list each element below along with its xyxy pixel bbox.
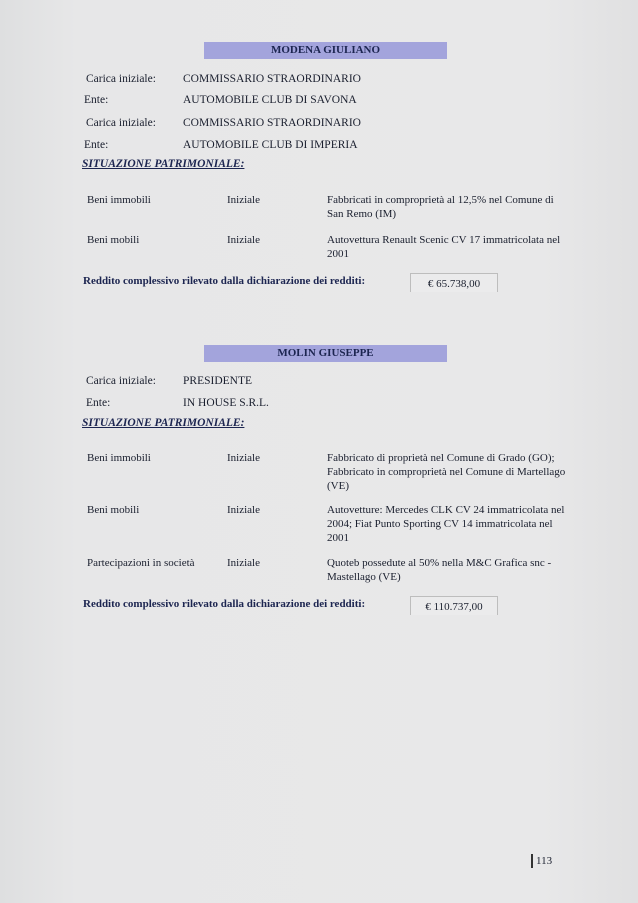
person-name-header: MOLIN GIUSEPPE	[204, 345, 447, 362]
asset-status: Iniziale	[227, 451, 260, 465]
person-name-header: MODENA GIULIANO	[204, 42, 447, 59]
role-value: COMMISSARIO STRAORDINARIO	[183, 72, 361, 86]
role-value: COMMISSARIO STRAORDINARIO	[183, 116, 361, 130]
asset-type: Partecipazioni in società	[87, 556, 195, 570]
asset-type: Beni immobili	[87, 193, 151, 207]
income-value-box: € 110.737,00	[410, 596, 498, 615]
asset-type: Beni mobili	[87, 503, 139, 517]
asset-description: Autovettura Renault Scenic CV 17 immatri…	[327, 233, 567, 261]
asset-status: Iniziale	[227, 503, 260, 517]
role-label: Carica iniziale:	[86, 116, 156, 130]
role-label: Carica iniziale:	[86, 374, 156, 388]
income-label: Reddito complessivo rilevato dalla dichi…	[83, 598, 365, 610]
asset-status: Iniziale	[227, 233, 260, 247]
role-label: Carica iniziale:	[86, 72, 156, 86]
asset-description: Quoteb possedute al 50% nella M&C Grafic…	[327, 556, 567, 584]
role-value: AUTOMOBILE CLUB DI SAVONA	[183, 93, 357, 107]
section-heading: SITUAZIONE PATRIMONIALE:	[82, 158, 244, 170]
role-value: IN HOUSE S.R.L.	[183, 396, 269, 410]
section-heading: SITUAZIONE PATRIMONIALE:	[82, 417, 244, 429]
role-label: Ente:	[84, 93, 108, 107]
asset-type: Beni immobili	[87, 451, 151, 465]
asset-description: Fabbricati in comproprietà al 12,5% nel …	[327, 193, 567, 221]
asset-description: Autovetture: Mercedes CLK CV 24 immatric…	[327, 503, 567, 545]
income-value-box: € 65.738,00	[410, 273, 498, 292]
document-page: MODENA GIULIANO Carica iniziale: COMMISS…	[0, 0, 638, 903]
role-value: PRESIDENTE	[183, 374, 252, 388]
page-number: 113	[531, 854, 552, 868]
role-label: Ente:	[84, 138, 108, 152]
asset-type: Beni mobili	[87, 233, 139, 247]
role-value: AUTOMOBILE CLUB DI IMPERIA	[183, 138, 358, 152]
income-label: Reddito complessivo rilevato dalla dichi…	[83, 275, 365, 287]
asset-status: Iniziale	[227, 556, 260, 570]
asset-status: Iniziale	[227, 193, 260, 207]
asset-description: Fabbricato di proprietà nel Comune di Gr…	[327, 451, 567, 493]
role-label: Ente:	[86, 396, 110, 410]
